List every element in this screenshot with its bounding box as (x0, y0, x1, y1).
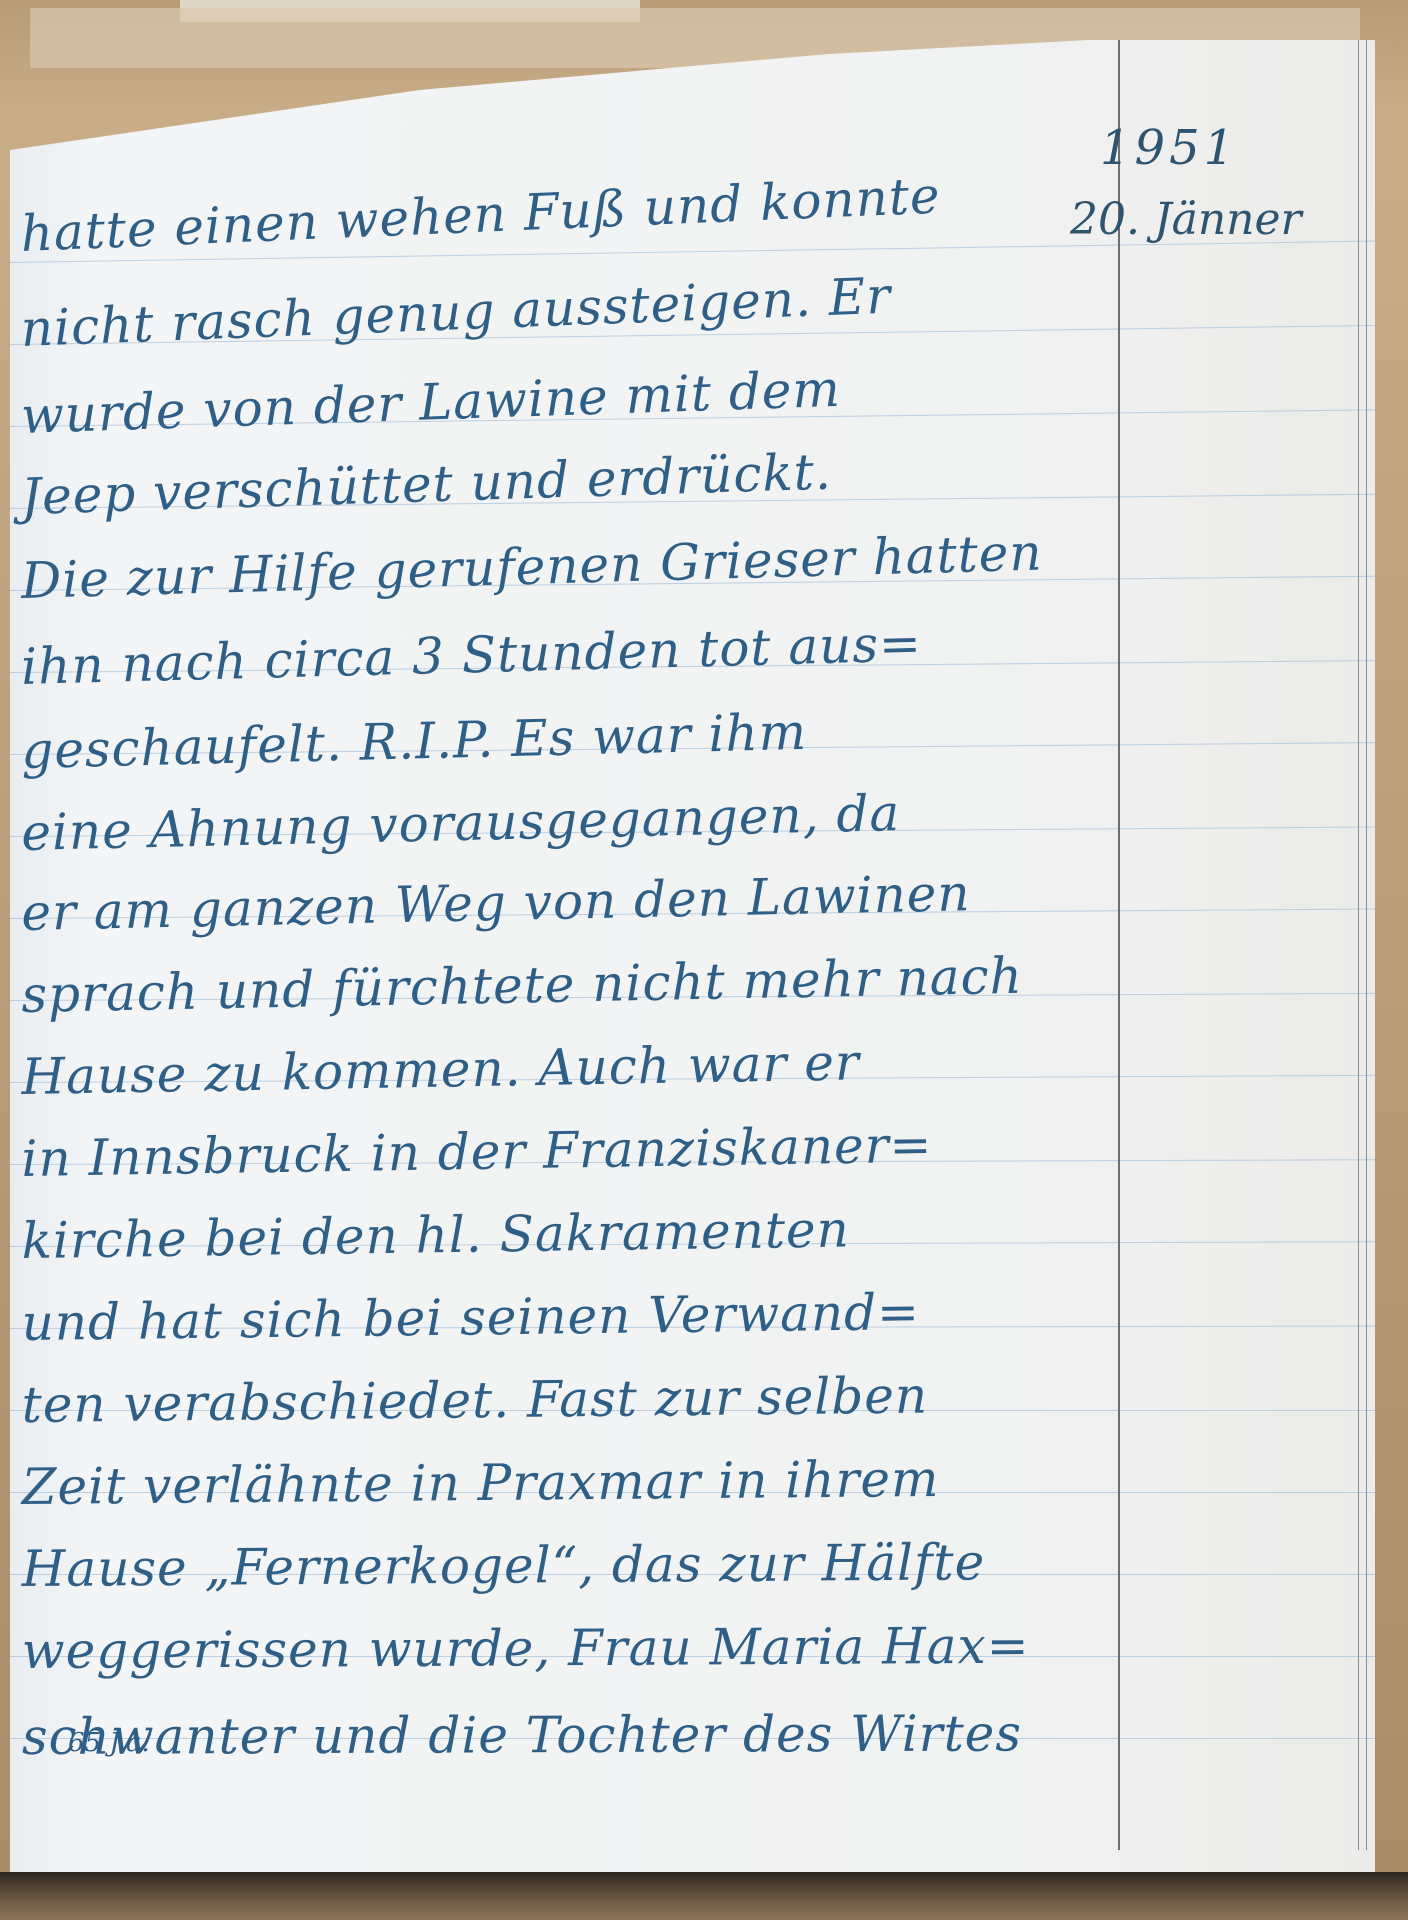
text-line: in Innsbruck in der Franziskaner= (21, 1116, 933, 1188)
text-line: geschaufelt. R.I.P. Es war ihm (21, 703, 808, 780)
text-line: sprach und fürchtete nicht mehr nach (21, 947, 1023, 1024)
margin-date: 1951 20. Jänner (1070, 120, 1360, 245)
text-line: ihn nach circa 3 Stunden tot aus= (20, 614, 922, 696)
handwritten-body: hatte einen wehen Fuß und konnte nicht r… (0, 0, 1110, 1920)
text-line: Hause zu kommen. Auch war er (21, 1033, 860, 1106)
text-line: schwanter und die Tochter des Wirtes (22, 1705, 1022, 1766)
margin-year: 1951 (1070, 120, 1360, 176)
text-line: wurde von der Lawine mit dem (20, 360, 842, 445)
text-line: er am ganzen Weg von den Lawinen (21, 864, 971, 942)
desk-surface (0, 1872, 1408, 1920)
margin-rule (1118, 40, 1120, 1850)
text-line: und hat sich bei seinen Verwand= (21, 1283, 920, 1352)
text-line: weggerissen wurde, Frau Maria Hax= (22, 1617, 1030, 1680)
text-line: ten verabschiedet. Fast zur selben (21, 1367, 928, 1434)
text-line: hatte einen wehen Fuß und konnte (20, 167, 942, 263)
text-line: Jeep verschüttet und erdrückt. (20, 443, 832, 526)
page-edge-rule (1358, 40, 1359, 1850)
text-line: Zeit verlähnte in Praxmar in ihrem (21, 1450, 939, 1516)
age-annotation: 65 J.a. (68, 1728, 150, 1758)
margin-day-month: 20. Jänner (1070, 194, 1360, 245)
text-line: Hause „Fernerkogel“, das zur Hälfte (22, 1533, 986, 1598)
text-line: nicht rasch genug aussteigen. Er (20, 267, 892, 358)
text-line: Die zur Hilfe gerufenen Grieser hatten (20, 523, 1043, 610)
page-edge-rule (1366, 40, 1367, 1850)
text-line: eine Ahnung vorausgegangen, da (21, 784, 901, 862)
text-line: kirche bei den hl. Sakramenten (21, 1200, 850, 1270)
